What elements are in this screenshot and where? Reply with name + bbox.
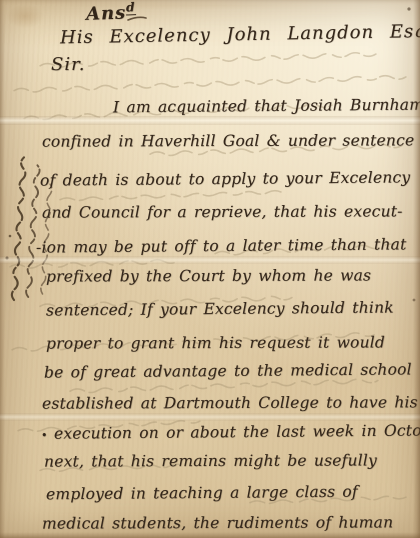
body-line: proper to grant him his request it would — [46, 333, 385, 352]
salutation: Sir. — [51, 54, 85, 75]
ink-specks — [6, 7, 416, 301]
address-line: His Excelency John Langdon Esqr. — [60, 21, 420, 49]
paper-edge-right — [413, 0, 420, 538]
body-line: I am acquainted that Josiah Burnham — [113, 96, 420, 117]
body-line: next, that his remains might be usefully — [44, 451, 377, 470]
body-line: sentenced; If your Excelency should thin… — [46, 298, 394, 319]
body-line: confined in Haverhill Goal & under sente… — [42, 131, 414, 150]
body-line: be of great advantage to the medical sch… — [44, 360, 412, 381]
body-line: -ion may be put off to a later time than… — [36, 235, 407, 256]
body-line: medical students, the rudiments of human — [42, 513, 393, 532]
endorsement-superscript: d — [126, 0, 136, 15]
body-line: established at Dartmouth College to have… — [42, 393, 418, 412]
fold-crease — [0, 413, 420, 421]
margin-bullet-mark: • — [41, 429, 48, 442]
body-line: employed in teaching a large class of — [46, 483, 358, 504]
paper-edge-bottom — [0, 532, 420, 538]
endorsement-text: Ans — [86, 2, 127, 24]
endorsement-annotation: Ansd — [86, 0, 137, 25]
body-line: of death is about to apply to your Excel… — [40, 168, 410, 189]
body-line: and Council for a reprieve, that his exe… — [42, 202, 403, 221]
fold-crease — [0, 256, 420, 264]
body-line: execution on or about the last week in O… — [54, 421, 420, 442]
body-line: prefixed by the Court by whom he was — [46, 266, 371, 285]
fold-crease — [0, 116, 420, 125]
letter-page: Ansd His Excelency John Langdon Esqr. Si… — [0, 0, 420, 538]
paper-edge-left — [0, 0, 5, 538]
